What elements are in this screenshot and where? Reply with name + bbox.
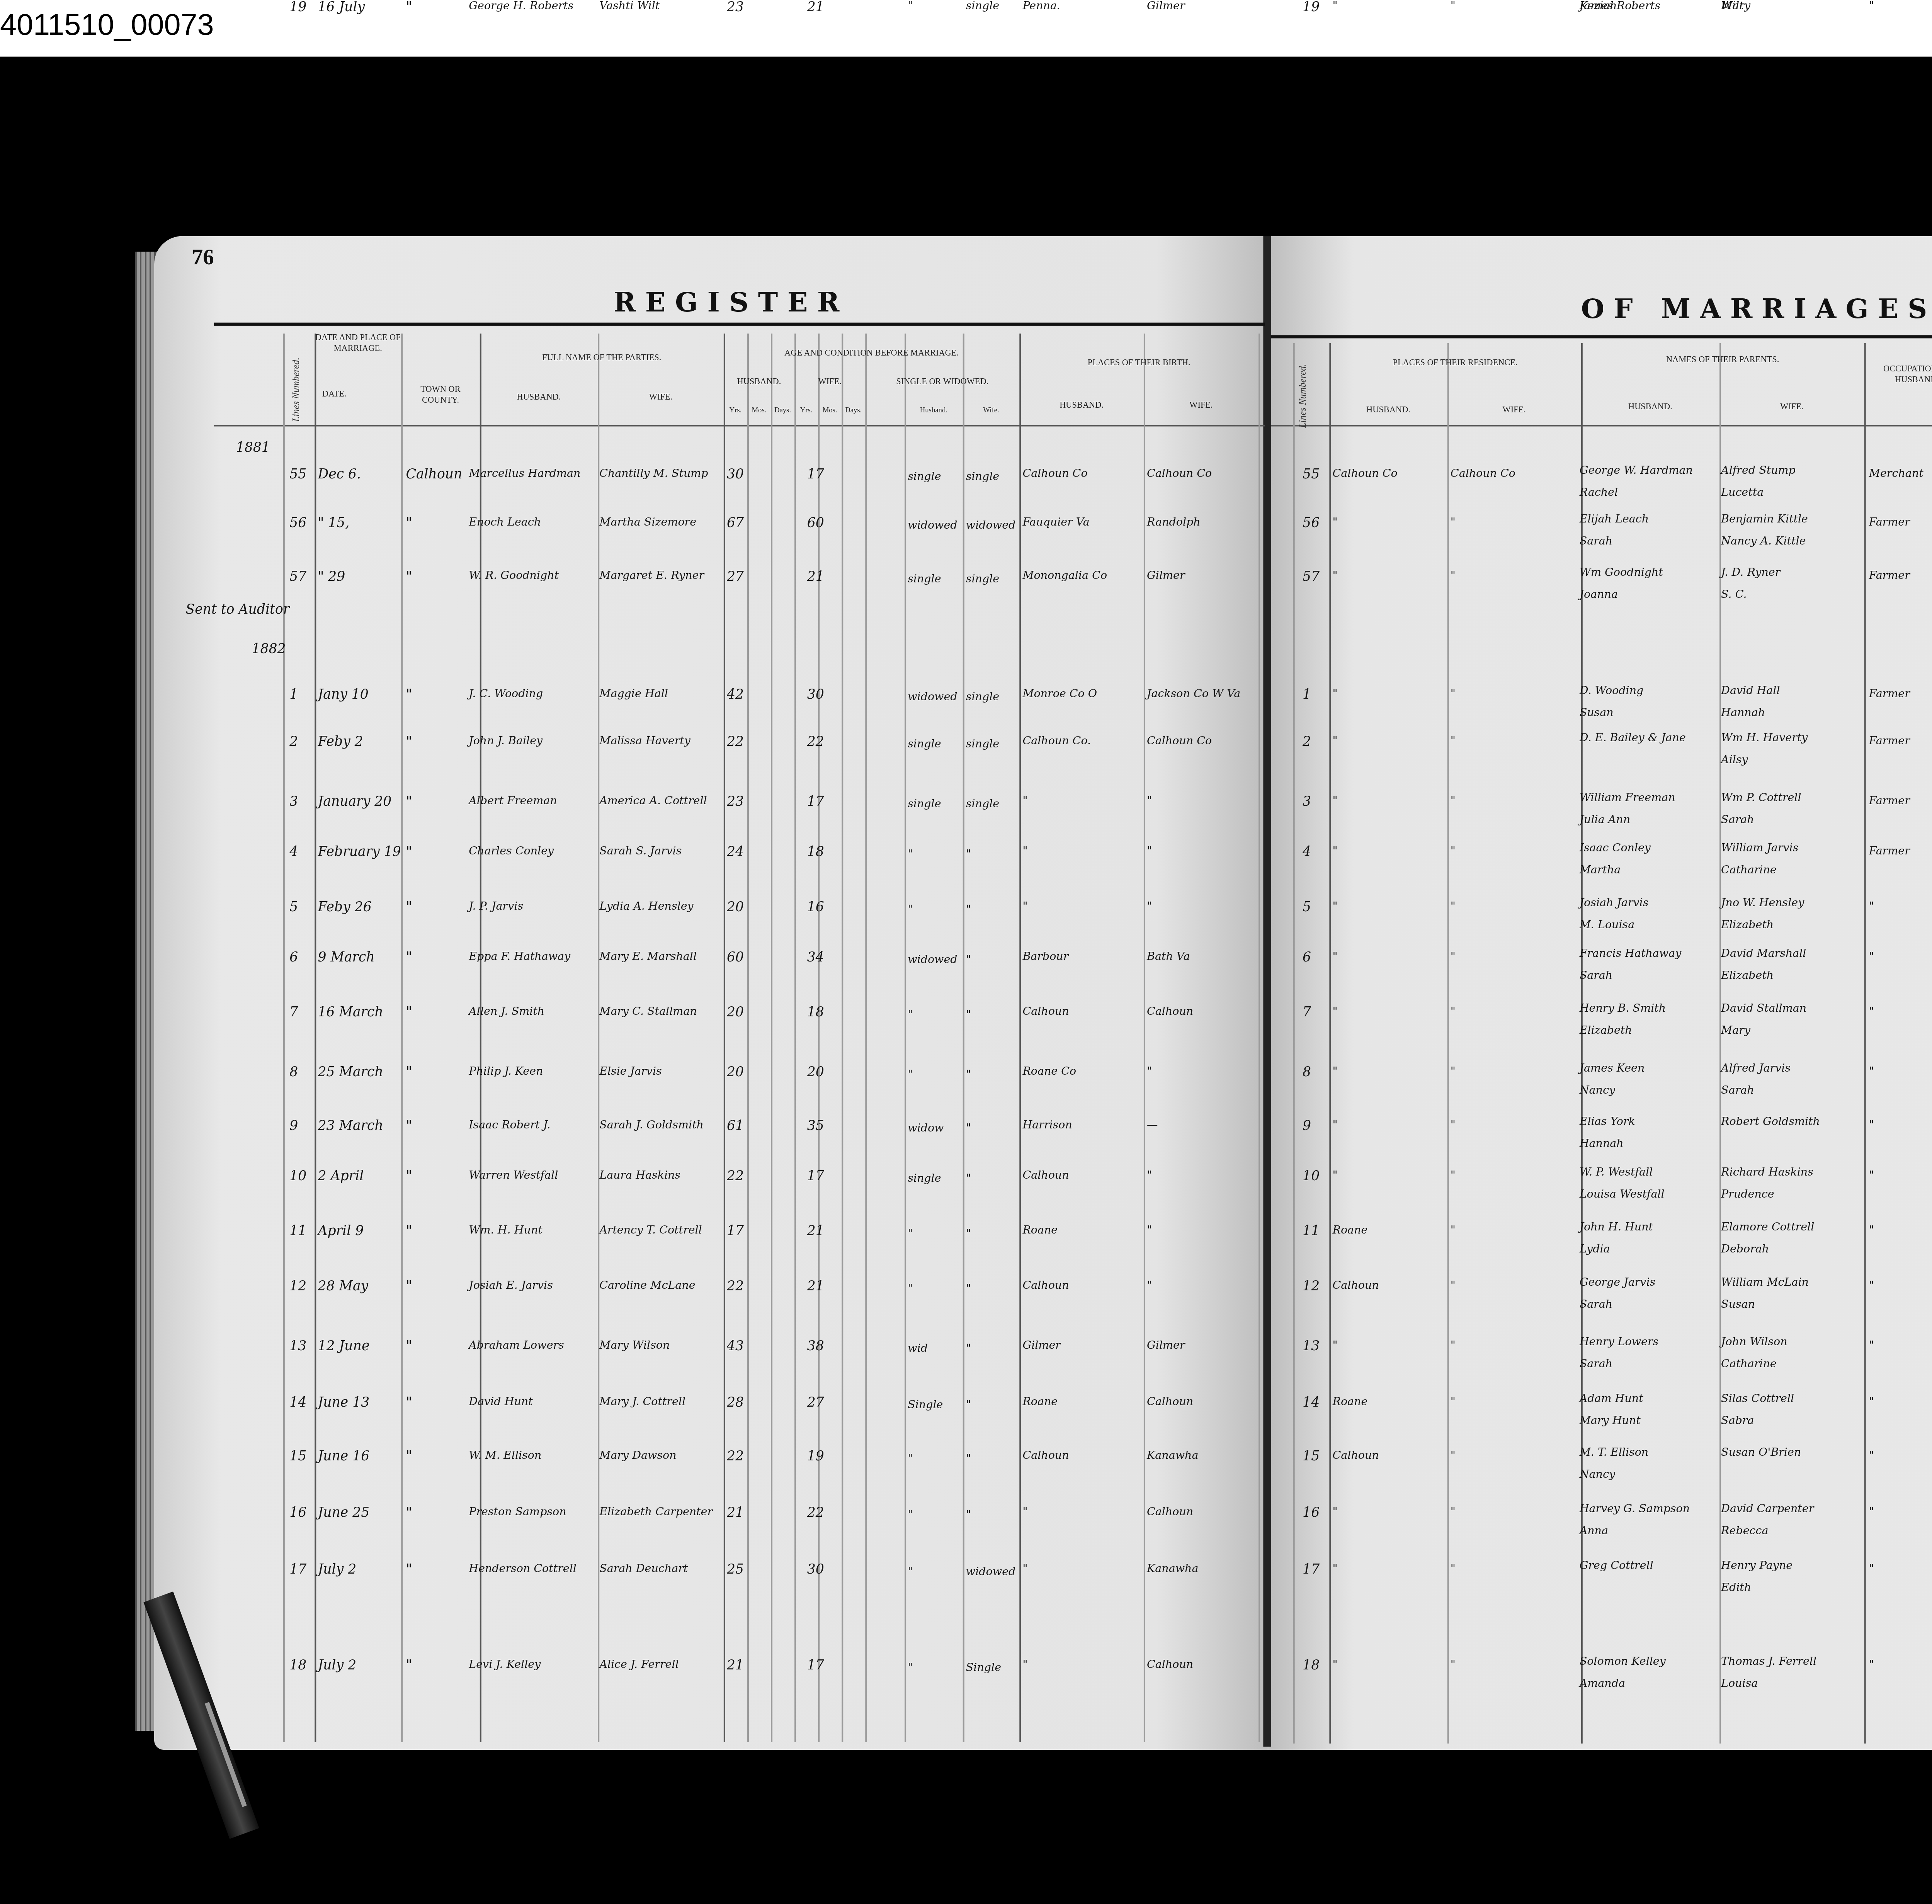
husband-age: 24 [727, 845, 744, 861]
column-rule [842, 333, 843, 1742]
wife-birthplace: Calhoun Co [1147, 735, 1212, 748]
husband-residence: " [1332, 845, 1337, 858]
image-id: 4011510_00073 [0, 9, 214, 44]
marriage-date: 25 March [318, 1065, 383, 1081]
husband-birthplace: Roane [1022, 1396, 1058, 1409]
husband-residence: Calhoun [1332, 1449, 1379, 1462]
husband-name: Charles Conley [469, 845, 554, 858]
wife-parents: Thomas J. Ferrell [1721, 1656, 1816, 1668]
line-number-left: 18 [289, 1659, 306, 1674]
wife-parents: Sabra [1721, 1415, 1754, 1428]
line-number-left: 56 [289, 516, 306, 532]
wife-name: Sarah Deuchart [599, 1562, 688, 1575]
wife-condition: single [966, 738, 999, 751]
marriage-county: " [406, 795, 412, 810]
header-birth-husband: HUSBAND. [1019, 401, 1144, 412]
wife-birthplace: Gilmer [1147, 0, 1185, 13]
occupation: Farmer [1869, 845, 1910, 858]
husband-condition: " [908, 848, 913, 861]
column-rule [1259, 333, 1260, 1742]
occupation: " [1869, 950, 1874, 963]
wife-parents: Wm H. Haverty [1721, 732, 1808, 744]
wife-residence: " [1451, 1224, 1456, 1237]
marriage-county: " [406, 1449, 412, 1465]
header-par-husband: HUSBAND. [1581, 403, 1719, 413]
husband-parents: M. Louisa [1580, 919, 1634, 932]
header-parents: NAMES OF THEIR PARENTS. [1581, 356, 1864, 366]
wife-parents: S. C. [1721, 589, 1747, 601]
line-number-left: 8 [289, 1065, 298, 1081]
husband-parents: Louisa Westfall [1580, 1188, 1665, 1201]
wife-residence: " [1451, 516, 1456, 529]
husband-birthplace: Calhoun Co. [1022, 735, 1091, 748]
marriage-date: Jany 10 [318, 687, 368, 703]
marriage-date: July 2 [318, 1659, 356, 1674]
husband-condition: widowed [908, 954, 957, 966]
wife-parents: Mary [1721, 0, 1750, 13]
header-occupation: OCCUPATION OF HUSBAND. [1864, 365, 1932, 386]
wife-birthplace: " [1147, 795, 1152, 807]
husband-parents: Sarah [1580, 969, 1612, 982]
left-page [154, 236, 1268, 1750]
line-number-left: 15 [289, 1449, 306, 1465]
wife-name: Caroline McLane [599, 1279, 695, 1292]
husband-age: 22 [727, 1279, 744, 1295]
wife-parents: William Jarvis [1721, 842, 1798, 854]
wife-condition: " [966, 1399, 971, 1412]
wife-name: Malissa Haverty [599, 735, 690, 748]
marriage-date: July 2 [318, 1562, 356, 1578]
column-rule [905, 333, 906, 1742]
column-rule [1864, 343, 1866, 1744]
occupation: " [1869, 1506, 1874, 1519]
husband-residence: " [1332, 0, 1337, 13]
occupation: " [1869, 1449, 1874, 1462]
header-lines-numbered-left: Lines Numbered. [293, 357, 302, 422]
husband-birthplace: " [1022, 900, 1027, 913]
husband-parents: James Keen [1580, 1062, 1645, 1075]
line-number-right: 7 [1303, 1006, 1311, 1021]
wife-age: 17 [807, 795, 824, 810]
husband-age: 21 [727, 1506, 744, 1522]
husband-parents: Hannah [1580, 1138, 1624, 1150]
husband-name: J. C. Wooding [469, 687, 543, 700]
marriage-county: " [406, 687, 412, 703]
header-age-unit: Yrs. [794, 406, 818, 415]
husband-condition: single [908, 798, 941, 810]
husband-name: Allen J. Smith [469, 1006, 544, 1018]
wife-age: 19 [807, 1449, 824, 1465]
husband-age: 20 [727, 1065, 744, 1081]
wife-residence: " [1451, 1119, 1456, 1132]
wife-name: America A. Cottrell [599, 795, 707, 807]
wife-condition: single [966, 691, 999, 704]
line-number-left: 11 [289, 1224, 306, 1240]
wife-parents: Catharine [1721, 864, 1777, 876]
wife-age: 18 [807, 845, 824, 861]
husband-parents: George W. Hardman [1580, 464, 1693, 477]
wife-condition: " [966, 1342, 971, 1355]
line-number-right: 4 [1303, 845, 1311, 861]
marriage-date: 12 June [318, 1339, 369, 1355]
husband-age: 28 [727, 1396, 744, 1412]
husband-condition: widow [908, 1122, 944, 1135]
column-rule [724, 333, 725, 1742]
line-number-right: 5 [1303, 900, 1311, 916]
wife-name: Elizabeth Carpenter [599, 1506, 713, 1519]
wife-condition: single [966, 470, 999, 483]
wife-age: 22 [807, 1506, 824, 1522]
marriage-date: June 16 [318, 1449, 369, 1465]
marriage-county: " [406, 570, 412, 585]
wife-birthplace: Jackson Co W Va [1147, 687, 1240, 700]
header-res-husband: HUSBAND. [1329, 406, 1447, 417]
husband-birthplace: Calhoun [1022, 1169, 1069, 1182]
husband-age: 17 [727, 1224, 744, 1240]
line-number-right: 15 [1303, 1449, 1320, 1465]
husband-name: J. P. Jarvis [469, 900, 523, 913]
wife-name: Vashti Wilt [599, 0, 660, 13]
husband-condition: " [908, 1009, 913, 1021]
wife-age: 20 [807, 1065, 824, 1081]
husband-parents: Josiah Jarvis [1580, 897, 1649, 910]
husband-age: 23 [727, 0, 744, 16]
margin-note: 1881 [236, 441, 270, 456]
husband-parents: Susan [1580, 706, 1614, 719]
husband-condition: widowed [908, 691, 957, 704]
wife-name: Elsie Jarvis [599, 1065, 662, 1078]
wife-parents: John Wilson [1721, 1336, 1787, 1349]
wife-age: 21 [807, 570, 824, 585]
wife-age: 22 [807, 735, 824, 751]
margin-note: Sent to Auditor [185, 603, 289, 619]
line-number-right: 57 [1303, 570, 1320, 585]
wife-name: Martha Sizemore [599, 516, 696, 529]
wife-parents: David Stallman [1721, 1002, 1806, 1015]
husband-age: 43 [727, 1339, 744, 1355]
marriage-date: Dec 6. [318, 467, 361, 483]
husband-residence: " [1332, 1065, 1337, 1078]
husband-parents: Francis Hathaway [1580, 947, 1682, 960]
wife-condition: " [966, 1452, 971, 1465]
wife-birthplace: Gilmer [1147, 1339, 1185, 1352]
wife-age: 30 [807, 1562, 824, 1578]
husband-birthplace: " [1022, 1506, 1027, 1519]
wife-parents: Susan [1721, 1298, 1755, 1311]
husband-parents: Nancy [1580, 1468, 1615, 1481]
husband-birthplace: " [1022, 1562, 1027, 1575]
husband-age: 67 [727, 516, 744, 532]
wife-birthplace: Calhoun Co [1147, 467, 1212, 480]
wife-parents: David Carpenter [1721, 1503, 1814, 1516]
wife-condition: " [966, 954, 971, 966]
wife-parents: Lucetta [1721, 486, 1764, 499]
wife-parents: Elizabeth [1721, 969, 1774, 982]
margin-note: 1882 [252, 642, 286, 658]
header-age-unit: Mos. [818, 406, 842, 415]
husband-age: 30 [727, 467, 744, 483]
column-rule [818, 333, 820, 1742]
husband-parents: Nancy [1580, 1084, 1615, 1097]
husband-birthplace: Calhoun [1022, 1006, 1069, 1018]
husband-birthplace: Calhoun [1022, 1449, 1069, 1462]
husband-age: 60 [727, 950, 744, 966]
marriage-county: " [406, 1659, 412, 1674]
husband-name: John J. Bailey [469, 735, 543, 748]
husband-age: 21 [727, 1659, 744, 1674]
husband-birthplace: Harrison [1022, 1119, 1072, 1132]
column-rule [401, 333, 403, 1742]
line-number-left: 17 [289, 1562, 306, 1578]
husband-residence: " [1332, 1506, 1337, 1519]
husband-name: Wm. H. Hunt [469, 1224, 542, 1237]
wife-name: Mary C. Stallman [599, 1006, 697, 1018]
wife-parents: Robert Goldsmith [1721, 1116, 1820, 1128]
husband-condition: single [908, 573, 941, 585]
husband-condition: " [908, 1566, 913, 1579]
husband-condition: Single [908, 1399, 943, 1412]
wife-birthplace: Calhoun [1147, 1396, 1193, 1409]
husband-birthplace: " [1022, 845, 1027, 858]
marriage-county: " [406, 735, 412, 751]
header-date: DATE. [315, 390, 354, 401]
husband-parents: Sarah [1580, 1298, 1612, 1311]
husband-parents: Amanda [1580, 1678, 1625, 1690]
header-age-husband: HUSBAND. [724, 378, 794, 388]
wife-residence: " [1451, 1339, 1456, 1352]
husband-residence: " [1332, 1006, 1337, 1018]
wife-parents: Susan O'Brien [1721, 1446, 1801, 1459]
husband-name: Josiah E. Jarvis [469, 1279, 553, 1292]
husband-parents: John H. Hunt [1580, 1221, 1653, 1234]
marriage-date: Feby 26 [318, 900, 371, 916]
wife-condition: " [966, 1227, 971, 1240]
husband-birthplace: Monroe Co O [1022, 687, 1097, 700]
header-age-condition: AGE AND CONDITION BEFORE MARRIAGE. [724, 349, 1019, 360]
wife-condition: widowed [966, 1566, 1015, 1579]
wife-condition: " [966, 1172, 971, 1185]
husband-parents: Elijah Leach [1580, 513, 1649, 526]
wife-parents: Louisa [1721, 1678, 1758, 1690]
line-number-right: 17 [1303, 1562, 1320, 1578]
wife-name: Chantilly M. Stump [599, 467, 708, 480]
wife-birthplace: " [1147, 1169, 1152, 1182]
husband-residence: Roane [1332, 1224, 1367, 1237]
husband-residence: " [1332, 1339, 1337, 1352]
husband-parents: D. Wooding [1580, 684, 1644, 697]
wife-age: 38 [807, 1339, 824, 1355]
header-town-county: TOWN OR COUNTY. [401, 386, 480, 407]
line-number-right: 13 [1303, 1339, 1320, 1355]
wife-birthplace: " [1147, 845, 1152, 858]
husband-residence: " [1332, 795, 1337, 807]
husband-condition: " [908, 1509, 913, 1522]
wife-name: Maggie Hall [599, 687, 668, 700]
wife-residence: " [1451, 687, 1456, 700]
husband-parents: William Freeman [1580, 791, 1675, 804]
husband-birthplace: Calhoun Co [1022, 467, 1087, 480]
husband-condition: " [908, 1662, 913, 1674]
husband-parents: W. P. Westfall [1580, 1166, 1653, 1179]
header-age-wife: WIFE. [794, 378, 865, 388]
wife-age: 18 [807, 1006, 824, 1021]
marriage-county: " [406, 1279, 412, 1295]
line-number-right: 14 [1303, 1396, 1320, 1412]
header-top-rule-left [214, 323, 1265, 326]
line-number-left: 7 [289, 1006, 298, 1021]
marriage-date: April 9 [318, 1224, 364, 1240]
column-rule [1144, 333, 1145, 1742]
marriage-county: " [406, 845, 412, 861]
husband-age: 20 [727, 900, 744, 916]
husband-residence: " [1332, 1659, 1337, 1671]
wife-age: 17 [807, 467, 824, 483]
line-number-right: 55 [1303, 467, 1320, 483]
husband-parents: Harvey G. Sampson [1580, 1503, 1690, 1516]
husband-residence: " [1332, 687, 1337, 700]
husband-condition: " [908, 0, 913, 13]
husband-condition: " [908, 1069, 913, 1081]
line-number-left: 4 [289, 845, 298, 861]
husband-name: W. R. Goodnight [469, 570, 559, 582]
wife-age: 35 [807, 1119, 824, 1135]
wife-parents: Jno W. Hensley [1721, 897, 1804, 910]
marriage-date: " 15, [318, 516, 349, 532]
occupation: " [1869, 1065, 1874, 1078]
column-rule [315, 333, 316, 1742]
left-page-number: 76 [192, 247, 214, 272]
wife-parents: Edith [1721, 1581, 1751, 1594]
line-number-left: 16 [289, 1506, 306, 1522]
wife-birthplace: " [1147, 900, 1152, 913]
husband-birthplace: Fauquier Va [1022, 516, 1089, 529]
header-age-unit: Mos. [747, 406, 771, 415]
wife-name: Artency T. Cottrell [599, 1224, 702, 1237]
wife-name: Laura Haskins [599, 1169, 680, 1182]
wife-birthplace: Gilmer [1147, 570, 1185, 582]
header-lines-numbered-right: Lines Numbered. [1299, 364, 1309, 428]
marriage-county: " [406, 1562, 412, 1578]
wife-residence: " [1451, 735, 1456, 748]
line-number-left: 6 [289, 950, 298, 966]
header-date-place: DATE AND PLACE OF MARRIAGE. [315, 333, 401, 354]
book-spine [1263, 236, 1271, 1747]
wife-parents: Silas Cottrell [1721, 1393, 1794, 1405]
line-number-right: 18 [1303, 1659, 1320, 1674]
wife-age: 30 [807, 687, 824, 703]
line-number-left: 57 [289, 570, 306, 585]
wife-name: Alice J. Ferrell [599, 1659, 679, 1671]
header-birth: PLACES OF THEIR BIRTH. [1019, 359, 1259, 369]
occupation: " [1869, 1119, 1874, 1132]
wife-residence: " [1451, 1506, 1456, 1519]
husband-parents: Mary Hunt [1580, 1415, 1641, 1428]
header-sw-wife: Wife. [963, 406, 1020, 415]
line-number-right: 6 [1303, 950, 1311, 966]
line-number-right: 2 [1303, 735, 1311, 751]
wife-residence: " [1451, 1065, 1456, 1078]
line-number-right: 11 [1303, 1224, 1320, 1240]
line-number-right: 10 [1303, 1169, 1320, 1185]
husband-residence: " [1332, 900, 1337, 913]
husband-age: 22 [727, 1449, 744, 1465]
line-number-right: 16 [1303, 1506, 1320, 1522]
header-sw-husband: Husband. [905, 406, 963, 415]
marriage-date: February 19 [318, 845, 401, 861]
line-number-left: 13 [289, 1339, 306, 1355]
husband-parents: Rachel [1580, 486, 1618, 499]
wife-residence: " [1451, 1659, 1456, 1671]
column-rule [598, 333, 599, 1742]
husband-parents: Elizabeth [1580, 1024, 1632, 1037]
line-number-right: 19 [1303, 0, 1320, 16]
wife-birthplace: Randolph [1147, 516, 1201, 529]
line-number-left: 2 [289, 735, 298, 751]
wife-age: 34 [807, 950, 824, 966]
husband-birthplace: Roane [1022, 1224, 1058, 1237]
line-number-left: 5 [289, 900, 298, 916]
marriage-date: Feby 2 [318, 735, 363, 751]
wife-parents: Alfred Stump [1721, 464, 1796, 477]
line-number-right: 8 [1303, 1065, 1311, 1081]
line-number-right: 56 [1303, 516, 1320, 532]
marriage-date: 16 July [318, 0, 365, 16]
husband-condition: " [908, 903, 913, 916]
wife-name: Sarah J. Goldsmith [599, 1119, 704, 1132]
marriage-county: " [406, 1339, 412, 1355]
husband-parents: Greg Cottrell [1580, 1559, 1653, 1572]
husband-residence: Calhoun [1332, 1279, 1379, 1292]
marriage-date: " 29 [318, 570, 345, 585]
header-top-rule-right [1271, 335, 1932, 338]
wife-parents: J. D. Ryner [1721, 567, 1780, 579]
line-number-left: 10 [289, 1169, 306, 1185]
husband-parents: Keziah [1580, 0, 1617, 13]
column-rule [1293, 343, 1295, 1744]
marriage-county: " [406, 1065, 412, 1081]
line-number-left: 14 [289, 1396, 306, 1412]
wife-parents: Elamore Cottrell [1721, 1221, 1814, 1234]
header-full-name: FULL NAME OF THE PARTIES. [480, 354, 724, 364]
scanned-register-image: 4011510_00073 76 77 REGISTER OF MARRIAGE… [0, 0, 1932, 1904]
occupation: " [1869, 1169, 1874, 1182]
wife-condition: " [966, 1069, 971, 1081]
marriage-county: " [406, 1224, 412, 1240]
header-res-wife: WIFE. [1447, 406, 1581, 417]
occupation: Farmer [1869, 735, 1910, 748]
marriage-date: 2 April [318, 1169, 364, 1185]
wife-parents: William McLain [1721, 1276, 1809, 1289]
column-rule [865, 333, 867, 1742]
marriage-county: " [406, 1169, 412, 1185]
wife-age: 16 [807, 900, 824, 916]
husband-age: 61 [727, 1119, 744, 1135]
line-number-left: 3 [289, 795, 298, 810]
husband-condition: wid [908, 1342, 928, 1355]
header-age-unit: Days. [771, 406, 794, 415]
husband-residence: " [1332, 735, 1337, 748]
line-number-left: 12 [289, 1279, 306, 1295]
wife-parents: Deborah [1721, 1243, 1769, 1256]
occupation: Farmer [1869, 570, 1910, 582]
husband-condition: single [908, 1172, 941, 1185]
husband-residence: Roane [1332, 1396, 1367, 1409]
husband-condition: " [908, 1283, 913, 1295]
husband-name: Enoch Leach [469, 516, 541, 529]
husband-parents: Sarah [1580, 1358, 1612, 1371]
marriage-date: 16 March [318, 1006, 383, 1021]
husband-name: Preston Sampson [469, 1506, 566, 1519]
